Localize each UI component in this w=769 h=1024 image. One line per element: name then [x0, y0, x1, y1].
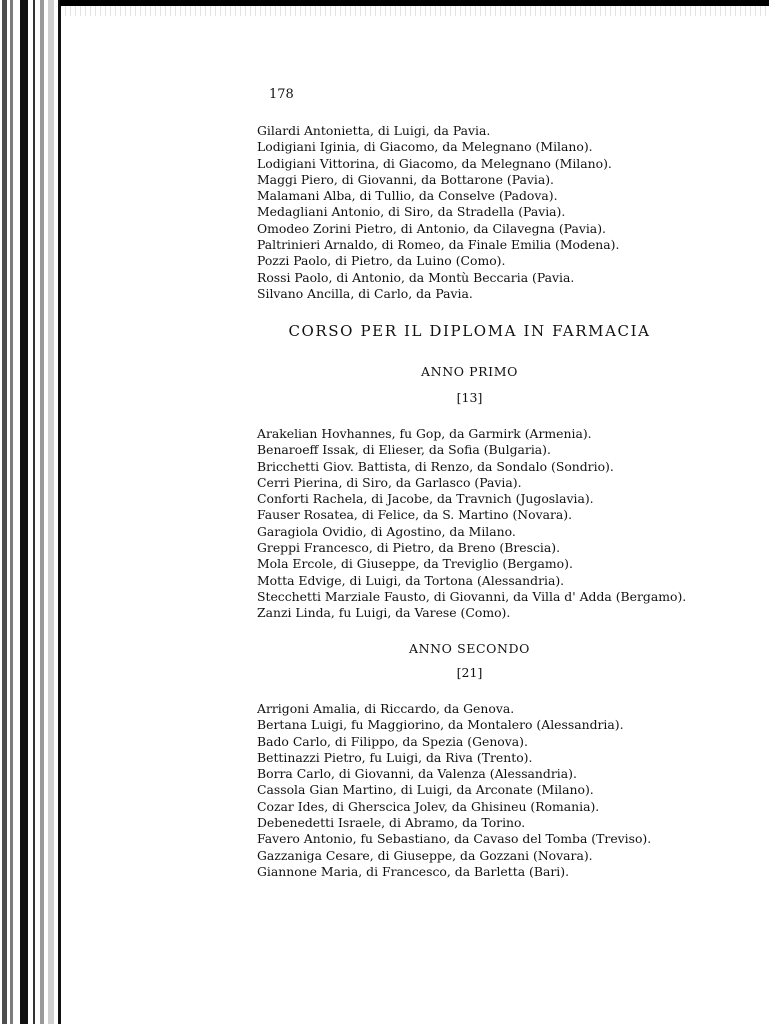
- list-item: Fauser Rosatea, di Felice, da S. Martino…: [257, 507, 686, 523]
- list-item: Zanzi Linda, fu Luigi, da Varese (Como).: [257, 605, 686, 621]
- list-item: Bettinazzi Pietro, fu Luigi, da Riva (Tr…: [257, 750, 651, 766]
- list-item: Mola Ercole, di Giuseppe, da Treviglio (…: [257, 556, 686, 572]
- list-item: Pozzi Paolo, di Pietro, da Luino (Como).: [257, 253, 619, 269]
- intro-entries-list: Gilardi Antonietta, di Luigi, da Pavia. …: [257, 123, 619, 302]
- list-item: Giannone Maria, di Francesco, da Barlett…: [257, 864, 651, 880]
- list-item: Motta Edvige, di Luigi, da Tortona (Ales…: [257, 573, 686, 589]
- list-item: Greppi Francesco, di Pietro, da Breno (B…: [257, 540, 686, 556]
- list-item: Cozar Ides, di Gherscica Jolev, da Ghisi…: [257, 799, 651, 815]
- anno-primo-list: Arakelian Hovhannes, fu Gop, da Garmirk …: [257, 426, 686, 622]
- list-item: Cerri Pierina, di Siro, da Garlasco (Pav…: [257, 475, 686, 491]
- list-item: Arakelian Hovhannes, fu Gop, da Garmirk …: [257, 426, 686, 442]
- list-item: Garagiola Ovidio, di Agostino, da Milano…: [257, 524, 686, 540]
- list-item: Silvano Ancilla, di Carlo, da Pavia.: [257, 286, 619, 302]
- anno-primo-count: [13]: [0, 390, 769, 405]
- list-item: Conforti Rachela, di Jacobe, da Travnich…: [257, 491, 686, 507]
- list-item: Gazzaniga Cesare, di Giuseppe, da Gozzan…: [257, 848, 651, 864]
- list-item: Maggi Piero, di Giovanni, da Bottarone (…: [257, 172, 619, 188]
- list-item: Bertana Luigi, fu Maggiorino, da Montale…: [257, 717, 651, 733]
- list-item: Bado Carlo, di Filippo, da Spezia (Genov…: [257, 734, 651, 750]
- page-edge: [58, 0, 61, 1024]
- anno-secondo-title: ANNO SECONDO: [0, 641, 769, 656]
- scan-noise: [60, 6, 769, 16]
- book-binding-edge: [0, 0, 60, 1024]
- list-item: Debenedetti Israele, di Abramo, da Torin…: [257, 815, 651, 831]
- list-item: Gilardi Antonietta, di Luigi, da Pavia.: [257, 123, 619, 139]
- list-item: Rossi Paolo, di Antonio, da Montù Beccar…: [257, 270, 619, 286]
- anno-primo-title: ANNO PRIMO: [0, 364, 769, 379]
- anno-secondo-list: Arrigoni Amalia, di Riccardo, da Genova.…: [257, 701, 651, 880]
- section-title: CORSO PER IL DIPLOMA IN FARMACIA: [0, 322, 769, 340]
- list-item: Lodigiani Vittorina, di Giacomo, da Mele…: [257, 156, 619, 172]
- list-item: Paltrinieri Arnaldo, di Romeo, da Finale…: [257, 237, 619, 253]
- list-item: Omodeo Zorini Pietro, di Antonio, da Cil…: [257, 221, 619, 237]
- anno-secondo-count: [21]: [0, 665, 769, 680]
- list-item: Cassola Gian Martino, di Luigi, da Arcon…: [257, 782, 651, 798]
- list-item: Bricchetti Giov. Battista, di Renzo, da …: [257, 459, 686, 475]
- list-item: Lodigiani Iginia, di Giacomo, da Melegna…: [257, 139, 619, 155]
- page-number: 178: [269, 87, 294, 102]
- list-item: Stecchetti Marziale Fausto, di Giovanni,…: [257, 589, 686, 605]
- list-item: Borra Carlo, di Giovanni, da Valenza (Al…: [257, 766, 651, 782]
- list-item: Favero Antonio, fu Sebastiano, da Cavaso…: [257, 831, 651, 847]
- list-item: Benaroeff Issak, di Elieser, da Sofia (B…: [257, 442, 686, 458]
- list-item: Medagliani Antonio, di Siro, da Stradell…: [257, 204, 619, 220]
- list-item: Arrigoni Amalia, di Riccardo, da Genova.: [257, 701, 651, 717]
- list-item: Malamani Alba, di Tullio, da Conselve (P…: [257, 188, 619, 204]
